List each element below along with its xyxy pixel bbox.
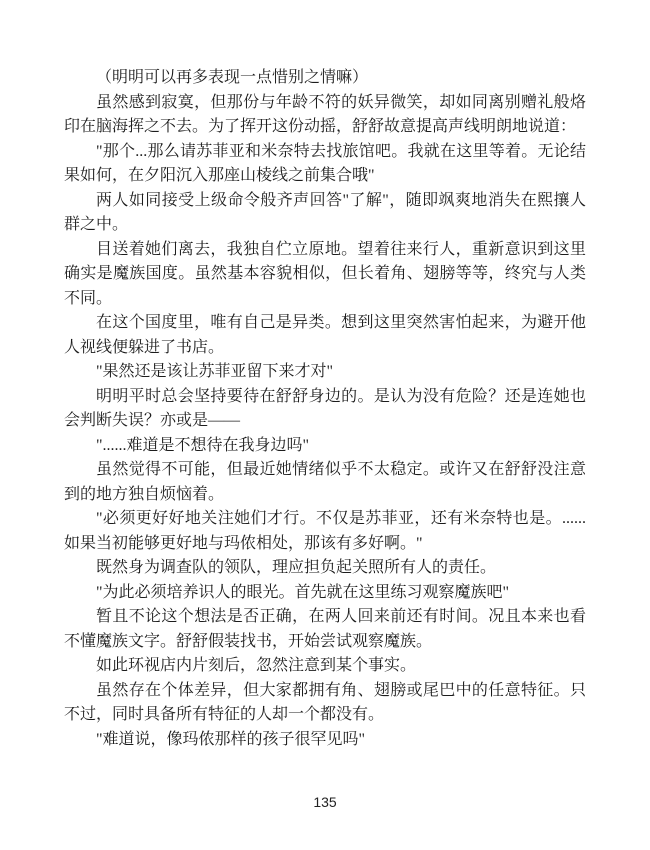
paragraph: 虽然感到寂寞，但那份与年龄不符的妖异微笑，却如同离别赠礼般烙印在脑海挥之不去。为…: [64, 91, 586, 140]
paragraph: 在这个国度里，唯有自己是异类。想到这里突然害怕起来，为避开他人视线便躲进了书店。: [64, 311, 586, 360]
paragraph: （明明可以再多表现一点惜别之情嘛）: [64, 66, 586, 91]
paragraph: "......难道是不想待在我身边吗": [64, 434, 586, 459]
paragraph: 虽然觉得不可能，但最近她情绪似乎不太稳定。或许又在舒舒没注意到的地方独自烦恼着。: [64, 458, 586, 507]
paragraph: 目送着她们离去，我独自伫立原地。望着往来行人，重新意识到这里确实是魔族国度。虽然…: [64, 238, 586, 312]
paragraph: "必须更好好地关注她们才行。不仅是苏菲亚，还有米奈特也是。......如果当初能…: [64, 507, 586, 556]
paragraph: 暂且不论这个想法是否正确，在两人回来前还有时间。况且本来也看不懂魔族文字。舒舒假…: [64, 605, 586, 654]
paragraph: "果然还是该让苏菲亚留下来才对": [64, 360, 586, 385]
paragraph: 既然身为调查队的领队，理应担负起关照所有人的责任。: [64, 556, 586, 581]
paragraph: 两人如同接受上级命令般齐声回答"了解"，随即飒爽地消失在熙攘人群之中。: [64, 189, 586, 238]
paragraph: 虽然存在个体差异，但大家都拥有角、翅膀或尾巴中的任意特征。只不过，同时具备所有特…: [64, 679, 586, 728]
paragraph: "那个...那么请苏菲亚和米奈特去找旅馆吧。我就在这里等着。无论结果如何，在夕阳…: [64, 140, 586, 189]
paragraph: "为此必须培养识人的眼光。首先就在这里练习观察魔族吧": [64, 581, 586, 606]
paragraph: "难道说，像玛侬那样的孩子很罕见吗": [64, 728, 586, 753]
page-number: 135: [0, 794, 650, 810]
book-page: （明明可以再多表现一点惜别之情嘛） 虽然感到寂寞，但那份与年龄不符的妖异微笑，却…: [0, 0, 650, 850]
paragraph: 明明平时总会坚持要待在舒舒身边的。是认为没有危险？还是连她也会判断失误？亦或是—…: [64, 385, 586, 434]
paragraph: 如此环视店内片刻后，忽然注意到某个事实。: [64, 654, 586, 679]
page-text: （明明可以再多表现一点惜别之情嘛） 虽然感到寂寞，但那份与年龄不符的妖异微笑，却…: [64, 66, 586, 752]
